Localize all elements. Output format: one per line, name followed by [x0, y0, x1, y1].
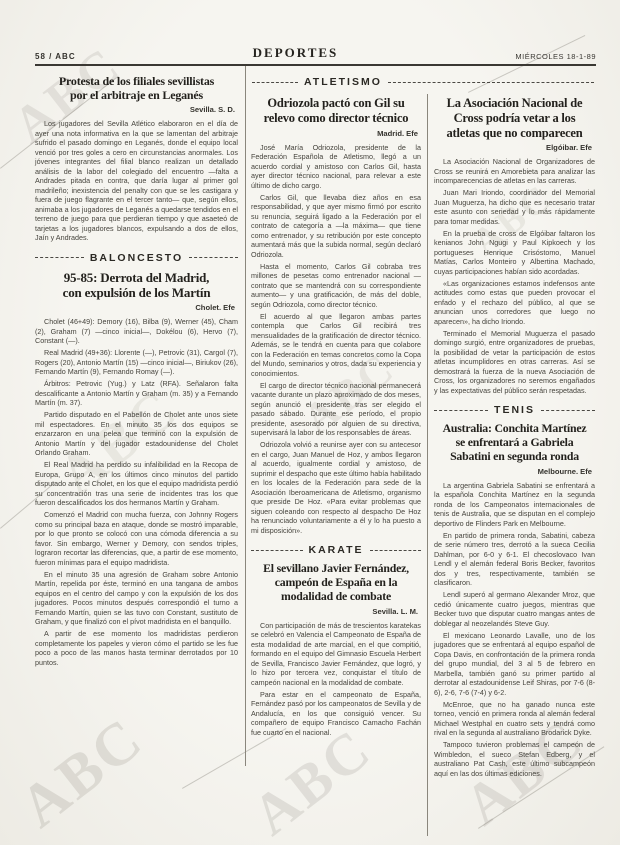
rule-line — [388, 82, 594, 83]
paragraph: La Asociación Nacional de Organizadores … — [434, 157, 595, 186]
dateline: Melbourne. Efe — [437, 467, 592, 476]
dateline: Cholet. Efe — [38, 303, 235, 312]
middle-column: Odriozola pactó con Gil su relevo como d… — [251, 94, 421, 740]
rule-line — [189, 257, 238, 258]
article-body: Con participación de más de trescientos … — [251, 621, 421, 738]
rule-line — [541, 410, 595, 411]
rule-line — [434, 410, 488, 411]
section-title: DEPORTES — [76, 45, 516, 61]
paragraph: Partido disputado en el Pabellón de Chol… — [35, 410, 238, 458]
rule-line — [252, 82, 298, 83]
article-body: José María Odriozola, presidente de la F… — [251, 143, 421, 536]
paragraph: A partir de ese momento los madridistas … — [35, 629, 238, 667]
paragraph: Cholet (46+49): Demory (16), Bilba (9), … — [35, 317, 238, 346]
article-body: La argentina Gabriela Sabatini se enfren… — [434, 481, 595, 779]
article-body: Los jugadores del Sevilla Atlético elabo… — [35, 119, 238, 243]
paragraph: La argentina Gabriela Sabatini se enfren… — [434, 481, 595, 529]
paragraph: En partido de primera ronda, Sabatini, c… — [434, 531, 595, 588]
masthead: 58 / ABC DEPORTES MIÉRCOLES 18-1-89 — [35, 44, 596, 66]
newspaper-page: ABC ABC ABC ABC ABC ABC ABC 58 / ABC DEP… — [0, 0, 620, 845]
paragraph: McEnroe, que no ha ganado nunca este tor… — [434, 700, 595, 738]
headline: Protesta de los filiales sevillistas por… — [35, 74, 238, 102]
section-header-baloncesto: BALONCESTO — [35, 252, 238, 264]
article-cross-veto: La Asociación Nacional de Cross podría v… — [434, 96, 595, 395]
article-body: Cholet (46+49): Demory (16), Bilba (9), … — [35, 317, 238, 667]
section-label: BALONCESTO — [90, 252, 183, 264]
paragraph: Lendl superó al germano Alexander Mroz, … — [434, 590, 595, 628]
paragraph: Comenzó el Madrid con mucha fuerza, con … — [35, 510, 238, 567]
paragraph: El cargo de director técnico nacional pe… — [251, 381, 421, 438]
paragraph: Hasta el momento, Carlos Gil cobraba tre… — [251, 262, 421, 310]
paragraph: Terminado el Memorial Muguerza el pasado… — [434, 329, 595, 396]
paragraph: Juan Mari Iriondo, coordinador del Memor… — [434, 188, 595, 226]
article-odriozola-gil: Odriozola pactó con Gil su relevo como d… — [251, 96, 421, 535]
page-number: 58 / ABC — [35, 52, 76, 61]
paragraph: Tampoco tuvieron problemas el campeón de… — [434, 740, 595, 778]
dateline: Elgóibar. Efe — [437, 143, 592, 152]
dateline: Sevilla. S. D. — [38, 105, 235, 114]
section-header-atletismo: ATLETISMO — [252, 76, 594, 88]
paragraph: «Las organizaciones estamos indefensos a… — [434, 279, 595, 327]
headline: El sevillano Javier Fernández, campeón d… — [251, 562, 421, 604]
paragraph: El acuerdo al que llegaron ambas partes … — [251, 312, 421, 379]
paragraph: El mexicano Leonardo Lavalle, uno de los… — [434, 631, 595, 698]
paragraph: En la prueba de cross de Elgóibar faltar… — [434, 229, 595, 277]
paragraph: Para estar en el campeonato de España, F… — [251, 690, 421, 738]
paragraph: Real Madrid (49+36): Llorente (—), Petro… — [35, 348, 238, 377]
paragraph: José María Odriozola, presidente de la F… — [251, 143, 421, 191]
section-header-karate: KARATE — [251, 544, 421, 556]
headline: La Asociación Nacional de Cross podría v… — [434, 96, 595, 140]
headline: 95-85: Derrota del Madrid, con expulsión… — [35, 270, 238, 301]
paragraph: Los jugadores del Sevilla Atlético elabo… — [35, 119, 238, 243]
paragraph: El Real Madrid ha perdido su infalibilid… — [35, 460, 238, 508]
rule-line — [35, 257, 84, 258]
dateline: Madrid. Efe — [254, 129, 418, 138]
section-label: KARATE — [309, 544, 364, 556]
article-body: La Asociación Nacional de Organizadores … — [434, 157, 595, 395]
edition-date: MIÉRCOLES 18-1-89 — [515, 52, 596, 61]
article-karate-fernandez: El sevillano Javier Fernández, campeón d… — [251, 562, 421, 737]
section-label: TENIS — [494, 404, 535, 416]
section-label: ATLETISMO — [304, 76, 382, 88]
article-derrota-madrid: 95-85: Derrota del Madrid, con expulsión… — [35, 270, 238, 668]
column-divider — [245, 66, 246, 766]
paragraph: Árbitros: Petrovic (Yug.) y Latz (RFA). … — [35, 379, 238, 408]
paragraph: Con participación de más de trescientos … — [251, 621, 421, 688]
rule-line — [251, 550, 303, 551]
headline: Odriozola pactó con Gil su relevo como d… — [251, 96, 421, 126]
paragraph: Carlos Gil, que llevaba diez años en esa… — [251, 193, 421, 260]
section-header-tenis: TENIS — [434, 404, 595, 416]
paragraph: En el minuto 35 una agresión de Graham s… — [35, 570, 238, 627]
rule-line — [370, 550, 422, 551]
column-divider — [427, 94, 428, 836]
dateline: Sevilla. L. M. — [254, 607, 418, 616]
article-protesta-sevillistas: Protesta de los filiales sevillistas por… — [35, 74, 238, 243]
article-tenis-australia: Australia: Conchita Martínez se enfrenta… — [434, 422, 595, 778]
abc-watermark: ABC — [7, 704, 156, 842]
right-column: La Asociación Nacional de Cross podría v… — [434, 94, 595, 781]
left-column: Protesta de los filiales sevillistas por… — [35, 64, 238, 670]
headline: Australia: Conchita Martínez se enfrenta… — [434, 422, 595, 464]
paragraph: Odriozola volvió a reunirse ayer con su … — [251, 440, 421, 535]
